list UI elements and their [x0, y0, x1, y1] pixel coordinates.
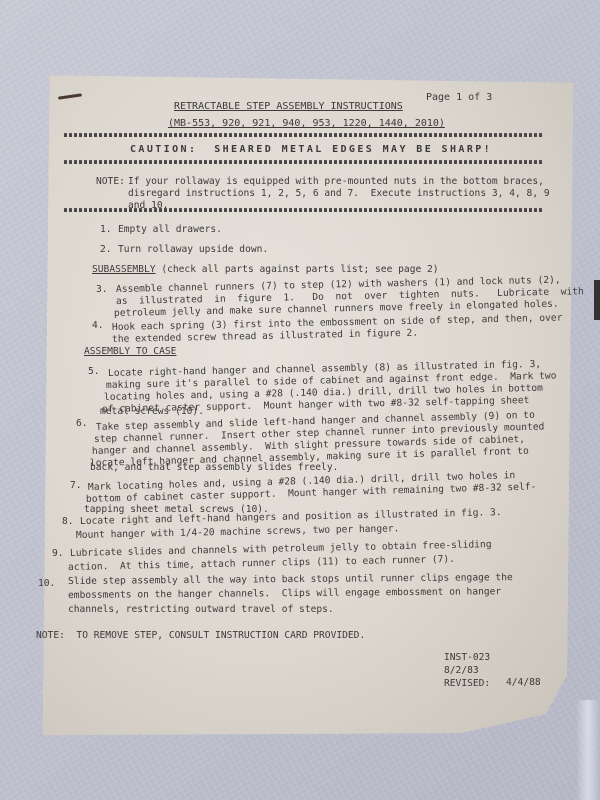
- step-text: Turn rollaway upside down.: [118, 244, 268, 256]
- step-number: 10.: [38, 578, 55, 590]
- step-number: 5.: [88, 366, 100, 378]
- model-list: (MB-553, 920, 921, 940, 953, 1220, 1440,…: [168, 118, 445, 130]
- step-text: channels, restricting outward travel of …: [68, 604, 334, 616]
- caution-banner: CAUTION: SHEARED METAL EDGES MAY BE SHAR…: [130, 144, 492, 156]
- revised-label: REVISED:: [444, 678, 490, 690]
- document-date: 8/2/83: [444, 665, 479, 677]
- step-number: 2.: [100, 244, 112, 256]
- step-text: metal screws (10).: [100, 406, 204, 418]
- note-line: disregard instructions 1, 2, 5, 6 and 7.…: [128, 188, 550, 200]
- note-bottom: NOTE: TO REMOVE STEP, CONSULT INSTRUCTIO…: [36, 630, 365, 642]
- step-number: 3.: [96, 284, 108, 296]
- subassembly-heading: SUBASSEMBLY (check all parts against par…: [92, 264, 439, 276]
- step-number: 8.: [62, 516, 74, 528]
- step-number: 4.: [92, 320, 104, 332]
- step-number: 6.: [76, 418, 88, 430]
- background-object: [594, 280, 600, 320]
- document-title: RETRACTABLE STEP ASSEMBLY INSTRUCTIONS: [174, 101, 403, 113]
- step-number: 1.: [100, 224, 112, 236]
- step-number: 7.: [70, 480, 82, 492]
- step-number: 9.: [52, 548, 64, 560]
- section-heading: ASSEMBLY TO CASE: [84, 346, 176, 358]
- step-text: back, and that step assembly slides free…: [90, 462, 338, 474]
- glass-object: [576, 700, 600, 800]
- divider: [64, 133, 542, 137]
- divider: [64, 160, 542, 164]
- page-indicator: Page 1 of 3: [426, 92, 492, 104]
- revised-date: 4/4/88: [506, 677, 541, 689]
- document-id: INST-023: [444, 652, 490, 664]
- divider: [64, 208, 542, 212]
- note-line: If your rollaway is equipped with pre-mo…: [128, 176, 544, 188]
- step-text: Empty all drawers.: [118, 224, 222, 236]
- note-label: NOTE:: [96, 176, 125, 188]
- section-subtitle: (check all parts against parts list; see…: [156, 264, 439, 275]
- section-heading: SUBASSEMBLY: [92, 264, 156, 275]
